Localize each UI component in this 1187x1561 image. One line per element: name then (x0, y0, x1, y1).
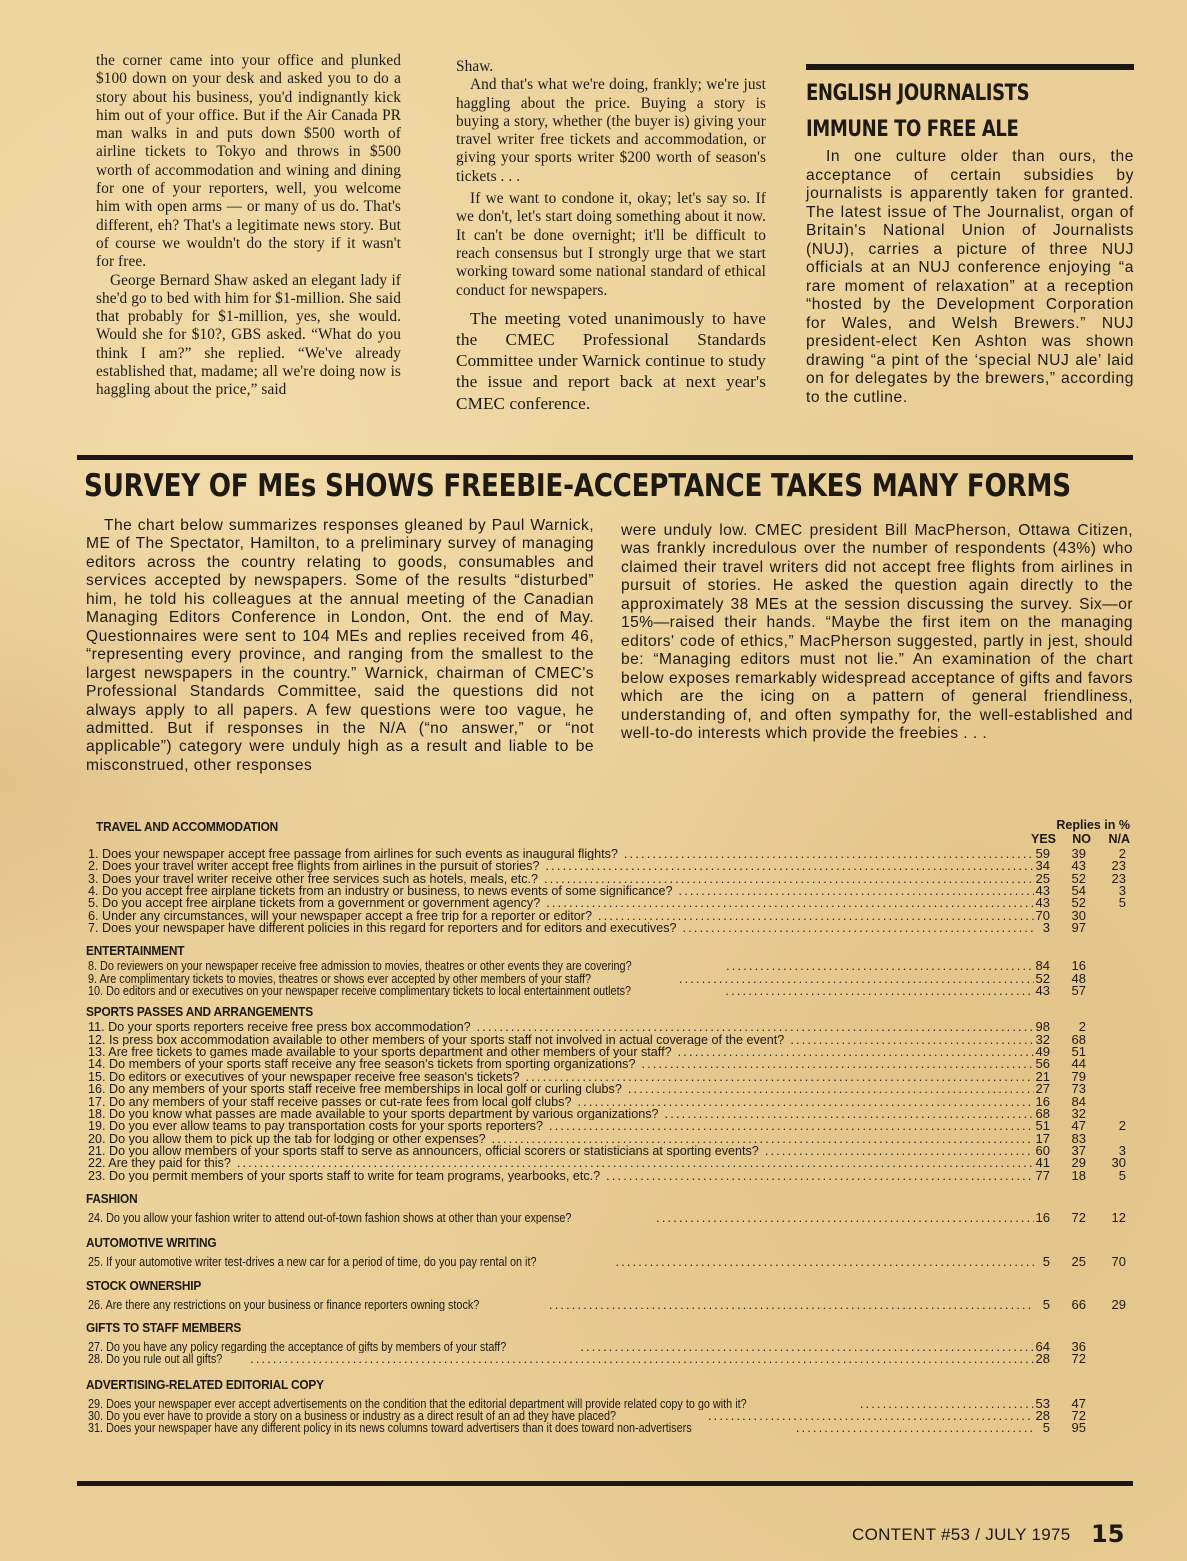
sidebar-story: ENGLISH JOURNALISTS IMMUNE TO FREE ALE I… (806, 64, 1134, 407)
leader-dots (650, 1212, 1034, 1224)
table-row: 15. Do editors or executives of your new… (86, 1071, 1134, 1083)
yes-value: 77 (1028, 1170, 1050, 1182)
table-row: 5. Do you accept free airplane tickets f… (86, 897, 1134, 909)
intro-paragraph: The chart below summarizes responses gle… (86, 517, 594, 775)
sidebar-body: In one culture older than ours, the acce… (806, 148, 1134, 407)
table-row: 14. Do members of your sports staff rece… (86, 1058, 1134, 1070)
leader-dots (719, 985, 1034, 997)
no-value: 95 (1064, 1422, 1086, 1434)
table-row: 25. If your automotive writer test-drive… (86, 1256, 1134, 1268)
section-title: GIFTS TO STAFF MEMBERS (86, 1319, 1029, 1337)
paragraph: the corner came into your office and plu… (96, 52, 401, 272)
article-headline: SURVEY OF MEs SHOWS FREEBIE-ACCEPTANCE T… (84, 468, 1071, 504)
issue-label: CONTENT #53 / JULY 1975 (852, 1525, 1071, 1544)
leader-dots (759, 1145, 1034, 1157)
no-value: 18 (1064, 1170, 1086, 1182)
section-title: STOCK OWNERSHIP (86, 1277, 1029, 1295)
question-cell: 1. Does your newspaper accept free passa… (88, 848, 1034, 860)
question-cell: 11. Do your sports reporters receive fre… (88, 1021, 1034, 1033)
page-footer: CONTENT #53 / JULY 1975 15 (852, 1520, 1124, 1548)
question-cell: 3. Does your travel writer receive other… (88, 873, 1034, 885)
question-text: 30. Do you ever have to provide a story … (88, 1410, 616, 1422)
question-cell: 25. If your automotive writer test-drive… (88, 1256, 1034, 1268)
divider (806, 64, 1134, 70)
leader-dots (672, 1046, 1034, 1058)
column-header-no: NO (1072, 832, 1091, 846)
question-cell: 10. Do editors and or executives on your… (88, 985, 1034, 997)
section-title: AUTOMOTIVE WRITING (86, 1234, 1029, 1252)
article-column-2: Shaw. And that's what we're doing, frank… (456, 58, 766, 414)
question-cell: 21. Do you allow members of your sports … (88, 1145, 1034, 1157)
paragraph: If we want to condone it, okay; let's sa… (456, 190, 766, 300)
question-text: 1. Does your newspaper accept free passa… (88, 848, 618, 860)
table-row: 20. Do you allow them to pick up the tab… (86, 1133, 1134, 1145)
magazine-page: the corner came into your office and plu… (0, 0, 1187, 1561)
leader-dots (471, 1021, 1034, 1033)
question-text: 4. Do you accept free airplane tickets f… (88, 885, 673, 897)
leader-dots (244, 1353, 1034, 1365)
no-value: 72 (1064, 1353, 1086, 1365)
leader-dots (659, 1108, 1034, 1120)
question-text: 25. If your automotive writer test-drive… (88, 1256, 536, 1268)
section-title: SPORTS PASSES AND ARRANGEMENTS (86, 1003, 1029, 1021)
question-text: 12. Is press box accommodation available… (88, 1034, 784, 1046)
table-row: 13. Are free tickets to games made avail… (86, 1046, 1134, 1058)
leader-dots (543, 1299, 1034, 1311)
na-value: 29 (1104, 1299, 1126, 1311)
question-text: 2. Does your travel writer accept free f… (88, 860, 539, 872)
question-text: 7. Does your newspaper have different po… (88, 922, 677, 934)
leader-dots (486, 1133, 1034, 1145)
table-row: 27. Do you have any policy regarding the… (86, 1341, 1134, 1353)
question-cell: 22. Are they paid for this? (88, 1157, 1034, 1169)
leader-dots (610, 1256, 1035, 1268)
question-text: 21. Do you allow members of your sports … (88, 1145, 759, 1157)
question-cell: 9. Are complimentary tickets to movies, … (88, 973, 1034, 985)
na-value: 12 (1104, 1212, 1126, 1224)
question-text: 27. Do you have any policy regarding the… (88, 1341, 506, 1353)
leader-dots (784, 1034, 1034, 1046)
table-row: 2. Does your travel writer accept free f… (86, 860, 1134, 872)
table-row: 26. Are there any restrictions on your b… (86, 1299, 1134, 1311)
question-cell: 4. Do you accept free airplane tickets f… (88, 885, 1034, 897)
question-cell: 20. Do you allow them to pick up the tab… (88, 1133, 1034, 1145)
question-text: 10. Do editors and or executives on your… (88, 985, 631, 997)
table-row: 1. Does your newspaper accept free passa… (86, 848, 1134, 860)
leader-dots (520, 1071, 1034, 1083)
table-row: 18. Do you know what passes are made ava… (86, 1108, 1134, 1120)
question-cell: 31. Does your newspaper have any differe… (88, 1422, 1034, 1434)
leader-dots (574, 1341, 1034, 1353)
page-number: 15 (1091, 1520, 1124, 1548)
paragraph: The meeting voted unanimously to have th… (456, 308, 766, 414)
table-row: 10. Do editors and or executives on your… (86, 985, 1134, 997)
leader-dots (539, 860, 1034, 872)
paragraph: Shaw. (456, 58, 766, 76)
question-cell: 14. Do members of your sports staff rece… (88, 1058, 1034, 1070)
question-cell: 19. Do you ever allow teams to pay trans… (88, 1120, 1034, 1132)
question-text: 29. Does your newspaper ever accept adve… (88, 1398, 747, 1410)
question-text: 6. Under any circumstances, will your ne… (88, 910, 592, 922)
yes-value: 5 (1028, 1422, 1050, 1434)
question-text: 23. Do you permit members of your sports… (88, 1170, 600, 1182)
table-row: 11. Do your sports reporters receive fre… (86, 1021, 1134, 1033)
yes-value: 3 (1028, 922, 1050, 934)
leader-dots (231, 1157, 1034, 1169)
paragraph: And that's what we're doing, frankly; we… (456, 76, 766, 186)
question-text: 26. Are there any restrictions on your b… (88, 1299, 479, 1311)
question-text: 17. Do any members of your staff receive… (88, 1096, 571, 1108)
no-value: 66 (1064, 1299, 1086, 1311)
table-row: 29. Does your newspaper ever accept adve… (86, 1398, 1134, 1410)
no-value: 97 (1064, 922, 1086, 934)
section-title: FASHION (86, 1190, 1029, 1208)
yes-value: 28 (1028, 1353, 1050, 1365)
table-row: 7. Does your newspaper have different po… (86, 922, 1134, 934)
section-title: ENTERTAINMENT (86, 942, 1029, 960)
yes-value: 43 (1028, 985, 1050, 997)
question-cell: 2. Does your travel writer accept free f… (88, 860, 1034, 872)
leader-dots (673, 885, 1034, 897)
question-text: 14. Do members of your sports staff rece… (88, 1058, 635, 1070)
question-cell: 12. Is press box accommodation available… (88, 1034, 1034, 1046)
question-cell: 26. Are there any restrictions on your b… (88, 1299, 1034, 1311)
leader-dots (618, 848, 1034, 860)
no-value: 25 (1064, 1256, 1086, 1268)
leader-dots (600, 1170, 1034, 1182)
table-row: 31. Does your newspaper have any differe… (86, 1422, 1134, 1434)
table-row: 3. Does your travel writer receive other… (86, 873, 1134, 885)
na-value: 2 (1104, 1120, 1126, 1132)
no-value: 57 (1064, 985, 1086, 997)
yes-value: 5 (1028, 1256, 1050, 1268)
question-text: 24. Do you allow your fashion writer to … (88, 1212, 571, 1224)
na-value: 70 (1104, 1256, 1126, 1268)
section-title: TRAVEL AND ACCOMMODATION (96, 818, 278, 836)
question-text: 16. Do any members of your sports staff … (88, 1083, 622, 1095)
survey-table: Replies in % YES NO N/A TRAVEL AND ACCOM… (86, 818, 1134, 1435)
paragraph: George Bernard Shaw asked an elegant lad… (96, 272, 401, 400)
question-text: 3. Does your travel writer receive other… (88, 873, 538, 885)
leader-dots (540, 897, 1034, 909)
leader-dots (790, 1422, 1034, 1434)
question-text: 20. Do you allow them to pick up the tab… (88, 1133, 486, 1145)
column-header-yes: YES (1031, 832, 1056, 846)
question-cell: 7. Does your newspaper have different po… (88, 922, 1034, 934)
leader-dots (854, 1398, 1034, 1410)
question-cell: 16. Do any members of your sports staff … (88, 1083, 1034, 1095)
question-cell: 17. Do any members of your staff receive… (88, 1096, 1034, 1108)
table-row: 30. Do you ever have to provide a story … (86, 1410, 1134, 1422)
table-header: Replies in % YES NO N/A TRAVEL AND ACCOM… (86, 818, 1134, 848)
question-cell: 23. Do you permit members of your sports… (88, 1170, 1034, 1182)
question-text: 31. Does your newspaper have any differe… (88, 1422, 692, 1434)
leader-dots (702, 1410, 1034, 1422)
question-text: 15. Do editors or executives of your new… (88, 1071, 520, 1083)
question-cell: 24. Do you allow your fashion writer to … (88, 1212, 1034, 1224)
table-row: 22. Are they paid for this?412930 (86, 1157, 1134, 1169)
table-row: 21. Do you allow members of your sports … (86, 1145, 1134, 1157)
sidebar-headline: ENGLISH JOURNALISTS (806, 76, 1075, 112)
question-text: 11. Do your sports reporters receive fre… (88, 1021, 471, 1033)
section-title: ADVERTISING-RELATED EDITORIAL COPY (86, 1376, 1029, 1394)
no-value: 72 (1064, 1212, 1086, 1224)
question-text: 13. Are free tickets to games made avail… (88, 1046, 672, 1058)
table-row: 28. Do you rule out all gifts?2872 (86, 1353, 1134, 1365)
question-text: 5. Do you accept free airplane tickets f… (88, 897, 540, 909)
table-row: 4. Do you accept free airplane tickets f… (86, 885, 1134, 897)
question-cell: 27. Do you have any policy regarding the… (88, 1341, 1034, 1353)
question-cell: 15. Do editors or executives of your new… (88, 1071, 1034, 1083)
table-row: 6. Under any circumstances, will your ne… (86, 910, 1134, 922)
table-row: 24. Do you allow your fashion writer to … (86, 1212, 1134, 1224)
leader-dots (622, 1083, 1034, 1095)
leader-dots (635, 1058, 1034, 1070)
table-row: 19. Do you ever allow teams to pay trans… (86, 1120, 1134, 1132)
table-row: 23. Do you permit members of your sports… (86, 1170, 1134, 1182)
table-row: 17. Do any members of your staff receive… (86, 1096, 1134, 1108)
survey-sections: 1. Does your newspaper accept free passa… (86, 848, 1134, 1435)
table-row: 12. Is press box accommodation available… (86, 1034, 1134, 1046)
table-row: 9. Are complimentary tickets to movies, … (86, 973, 1134, 985)
question-cell: 8. Do reviewers on your newspaper receiv… (88, 960, 1034, 972)
question-cell: 18. Do you know what passes are made ava… (88, 1108, 1034, 1120)
na-value: 5 (1104, 897, 1126, 909)
question-text: 22. Are they paid for this? (88, 1157, 231, 1169)
yes-value: 5 (1028, 1299, 1050, 1311)
question-cell: 6. Under any circumstances, will your ne… (88, 910, 1034, 922)
leader-dots (720, 960, 1034, 972)
divider (77, 455, 1133, 460)
replies-label: Replies in % (1056, 818, 1130, 832)
question-cell: 28. Do you rule out all gifts? (88, 1353, 1034, 1365)
leader-dots (677, 922, 1035, 934)
table-row: 8. Do reviewers on your newspaper receiv… (86, 960, 1134, 972)
question-text: 8. Do reviewers on your newspaper receiv… (88, 960, 632, 972)
leader-dots (673, 973, 1034, 985)
leader-dots (543, 1120, 1034, 1132)
column-header-na: N/A (1108, 832, 1130, 846)
table-row: 16. Do any members of your sports staff … (86, 1083, 1134, 1095)
leader-dots (571, 1096, 1034, 1108)
question-text: 9. Are complimentary tickets to movies, … (88, 973, 591, 985)
question-cell: 13. Are free tickets to games made avail… (88, 1046, 1034, 1058)
question-cell: 29. Does your newspaper ever accept adve… (88, 1398, 1034, 1410)
article-column-1: the corner came into your office and plu… (96, 52, 401, 400)
na-value: 5 (1104, 1170, 1126, 1182)
question-cell: 30. Do you ever have to provide a story … (88, 1410, 1034, 1422)
sidebar-headline: IMMUNE TO FREE ALE (806, 112, 1075, 148)
leader-dots (538, 873, 1034, 885)
question-text: 28. Do you rule out all gifts? (88, 1353, 222, 1365)
question-cell: 5. Do you accept free airplane tickets f… (88, 897, 1034, 909)
question-text: 18. Do you know what passes are made ava… (88, 1108, 659, 1120)
divider (77, 1481, 1133, 1486)
leader-dots (592, 910, 1034, 922)
intro-paragraph: were unduly low. CMEC president Bill Mac… (621, 522, 1133, 743)
yes-value: 16 (1028, 1212, 1050, 1224)
question-text: 19. Do you ever allow teams to pay trans… (88, 1120, 543, 1132)
